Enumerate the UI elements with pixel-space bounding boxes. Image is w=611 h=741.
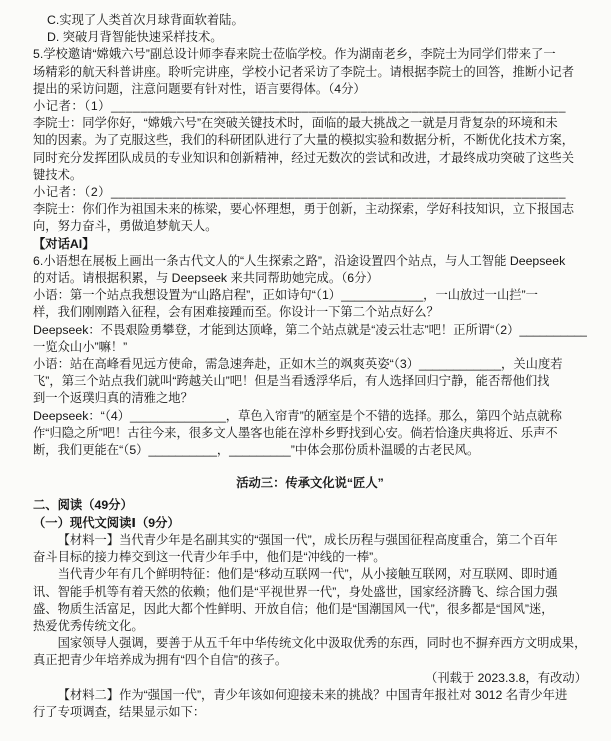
xiaoyu-line-2c: 到一个返璞归真的清雅之地？ <box>33 390 587 407</box>
xiaoyu-line-1b: 样，我们刚刚踏入征程，会有困难接踵而至。你设计一下第二个站点好么？ <box>33 304 587 321</box>
deepseek-line-2a: Deepseek：“（4）______________，草色入帘青”的陋室是个不… <box>33 408 587 425</box>
interviewer-blank-1: 小记者：（1）_________________________________… <box>33 98 587 115</box>
publication-note: （刊载于 2023.3.8，有改动） <box>33 670 587 687</box>
dialogue-ai-label: 【对话AI】 <box>33 236 587 253</box>
activity-3-heading: 活动三：传承文化说“匠人” <box>33 475 587 492</box>
xiaoyu-line-2a: 小语：站在高峰看见远方使命，需急速奔赴，正如木兰的飒爽英姿“（3）_______… <box>33 356 587 373</box>
material-1-para-2-line-3: 盛、物质生活富足，因此大都个性鲜明、开放自信；他们是“国潮国风一代”，很多都是“… <box>33 601 587 618</box>
xiaoyu-line-1a: 小语：第一个站点我想设置为“山路启程”，正如诗句“（1）____________… <box>33 287 587 304</box>
xiaoyu-line-2b: 飞”，第三个站点我们就叫“跨越关山”吧！但是当看透浮华后，有人选择回归宁静，能否… <box>33 373 587 390</box>
option-c: C.实现了人类首次月球背面软着陆。 <box>47 12 587 29</box>
deepseek-line-2b: 作“归隐之所”吧！古往今来，很多文人墨客也能在淳朴乡野找到心安。倘若恰逢庆典将近… <box>33 425 587 442</box>
question-5-text-line-2: 场精彩的航天科普讲座。聆听完讲座，学校小记者采访了李院士。请根据李院士的回答，推… <box>33 64 587 81</box>
expert-answer-1-line-3: 同时充分发挥团队成员的专业知识和创新精神，经过无数次的尝试和改进，才最终成功突破… <box>33 150 587 167</box>
expert-answer-1-line-4: 键技术。 <box>33 167 587 184</box>
expert-answer-1-line-1: 李院士：同学你好，“嫦娥六号”在突破关键技术时，面临的最大挑战之一就是月背复杂的… <box>33 115 587 132</box>
question-6-text-line-2: 的对话。请根据积累，与 Deepseek 来共同帮助她完成。（6分） <box>33 270 587 287</box>
deepseek-line-1b: 一览众山小”嘛！” <box>33 339 587 356</box>
expert-answer-1-line-2: 知的因素。为了克服这些，我们的科研团队进行了大量的模拟实验和数据分析，不断优化技… <box>33 132 587 149</box>
deepseek-line-1a: Deepseek：不畏艰险勇攀登，才能到达顶峰，第二个站点就是“凌云壮志”吧！正… <box>33 322 587 339</box>
option-d: D. 突破月背智能快速采样技术。 <box>47 29 587 46</box>
material-1-para-3-line-2: 真正把青少年培养成为拥有“四个自信”的孩子。 <box>33 652 587 669</box>
expert-answer-2-line-2: 向，努力奋斗，勇做追梦航天人。 <box>33 218 587 235</box>
question-5-text-line-3: 提出的采访问题，注意问题要有针对性，语言要得体。（4分） <box>33 81 587 98</box>
material-1-para-1-line-2: 奋斗目标的接力棒交到这一代青少年手中，他们是“冲线的一棒”。 <box>33 549 587 566</box>
expert-answer-2-line-1: 李院士：你们作为祖国未来的栋梁，要心怀理想，勇于创新，主动探索，学好科技知识，立… <box>33 201 587 218</box>
question-5-text-line-1: 5.学校邀请“嫦娥六号”副总设计师李春来院士莅临学校。作为湖南老乡，李院士为同学… <box>33 46 587 63</box>
section-2-reading-heading: 二、阅读（49分） <box>33 497 587 514</box>
question-6-text-line-1: 6.小语想在展板上画出一条古代文人的“人生探索之路”，沿途设置四个站点，与人工智… <box>33 253 587 270</box>
exam-paper-page: C.实现了人类首次月球背面软着陆。 D. 突破月背智能快速采样技术。 5.学校邀… <box>0 0 611 741</box>
interviewer-blank-2: 小记者：（2）_________________________________… <box>33 184 587 201</box>
material-1-para-2-line-2: 讯、智能手机等有着天然的依赖；他们是“平视世界一代”，身处盛世，国家经济腾飞、综… <box>33 584 587 601</box>
material-1-para-1-line-1: 【材料一】当代青少年是名副其实的“强国一代”，成长历程与强国征程高度重合，第二个… <box>33 532 587 549</box>
material-1-para-3-line-1: 国家领导人强调，要善于从五千年中华传统文化中汲取优秀的东西，同时也不摒弃西方文明… <box>33 635 587 652</box>
deepseek-line-2c: 断，我们更能在“（5）__________，_________”中体会那份质朴温… <box>33 442 587 459</box>
modern-text-reading-heading: （一）现代文阅读Ⅰ（9分） <box>33 515 587 532</box>
material-1-para-2-line-4: 热爱优秀传统文化。 <box>33 618 587 635</box>
material-1-para-2-line-1: 当代青少年有几个鲜明特征：他们是“移动互联网一代”，从小接触互联网，对互联网、即… <box>33 566 587 583</box>
material-2-intro-line-2: 行了专项调查，结果显示如下： <box>33 704 587 721</box>
material-2-intro-line-1: 【材料二】作为“强国一代”，青少年该如何迎接未来的挑战？中国青年报社对 3012… <box>33 687 587 704</box>
